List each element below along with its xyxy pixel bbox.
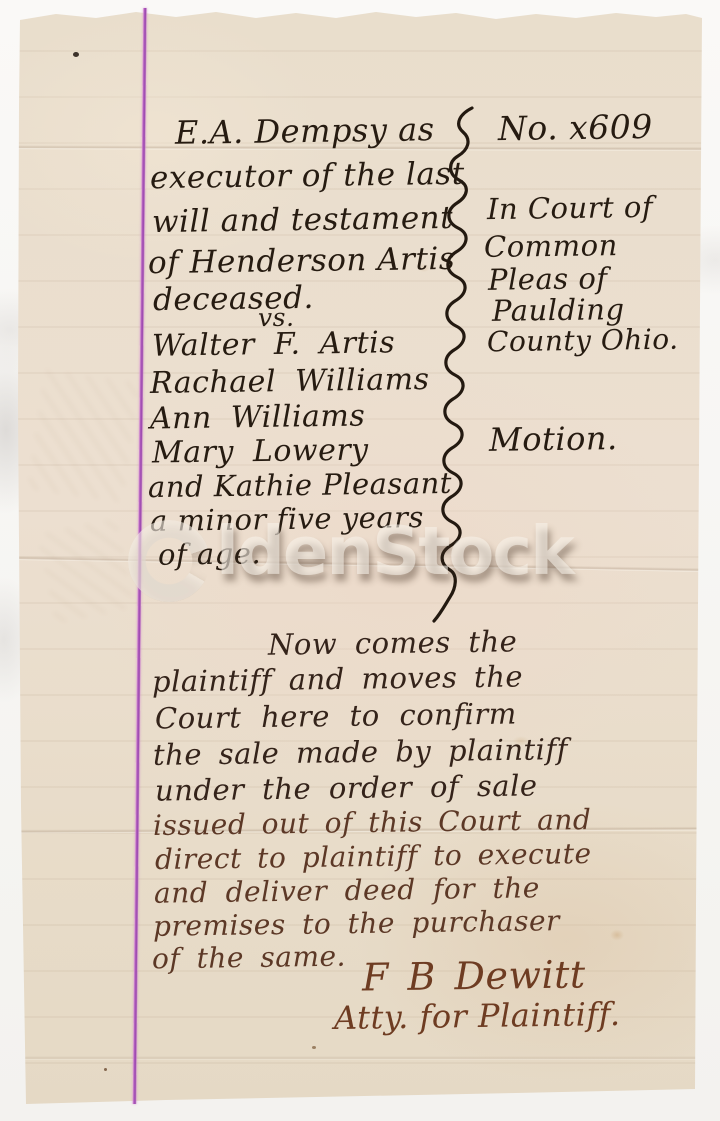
photo-of-antique-document: { "watermark": { "logo": "ring-logo", "t… xyxy=(0,0,720,1121)
watermark-text: ldenStock xyxy=(216,512,573,590)
stock-watermark: ldenStock xyxy=(126,512,596,608)
watermark-ring-logo-icon xyxy=(128,520,210,602)
